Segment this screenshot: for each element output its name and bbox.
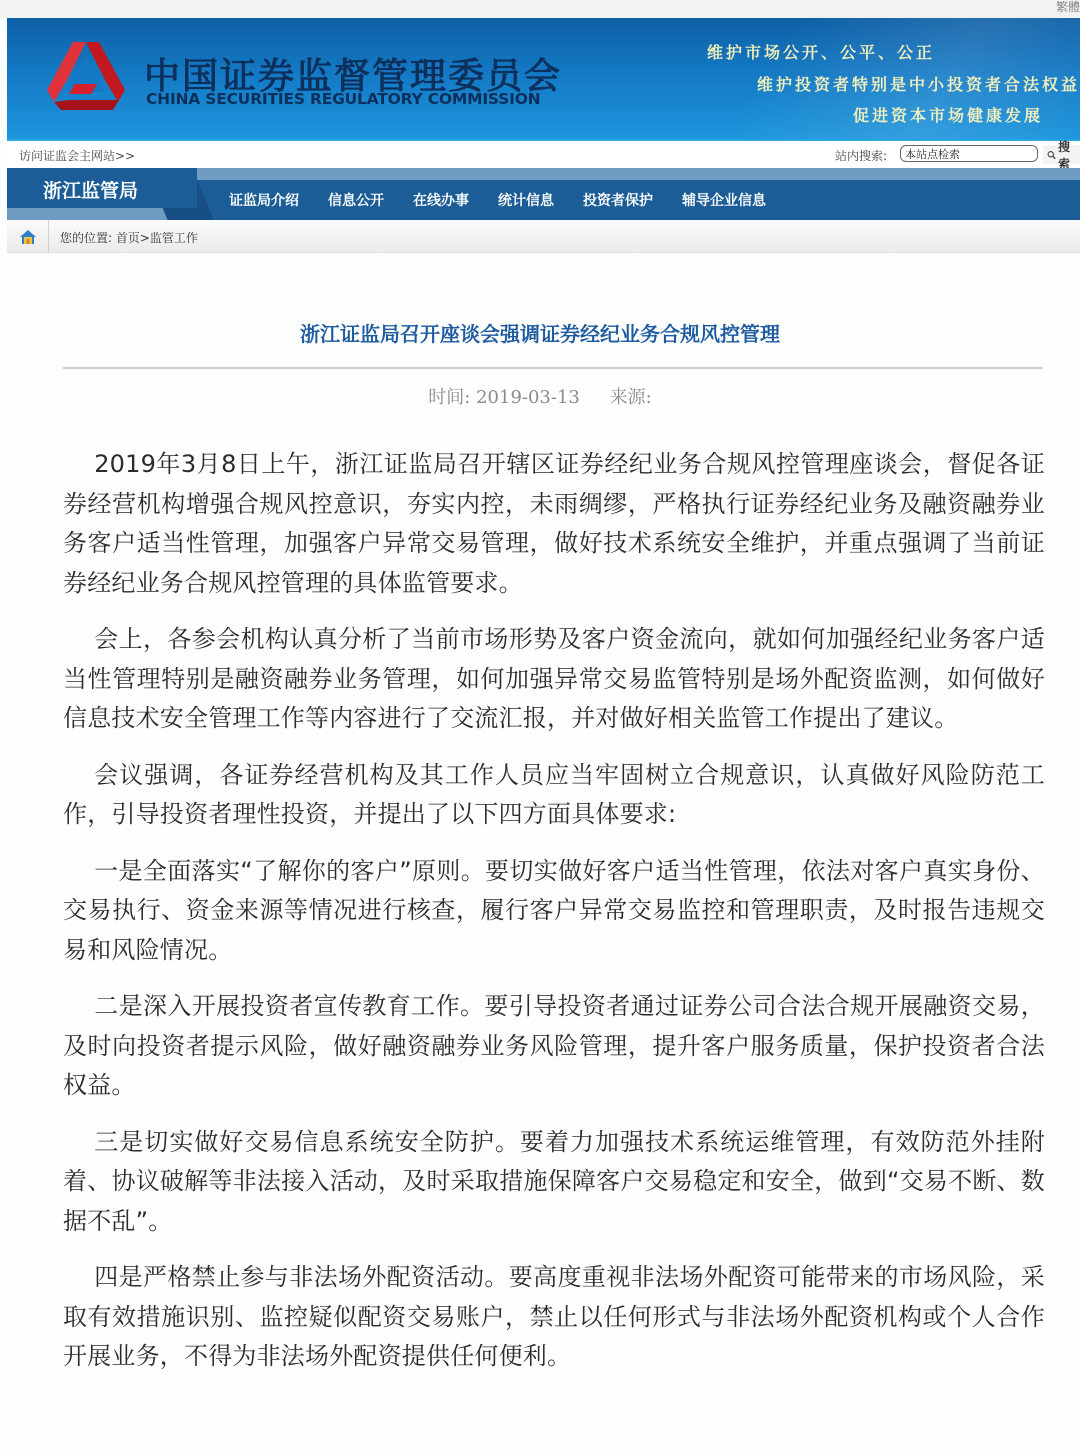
slogan-line-1: 维护市场公开、公平、公正 — [707, 40, 935, 63]
slogan-line-3: 促进资本市场健康发展 — [853, 103, 1043, 126]
search-button-label: 搜索 — [1058, 138, 1076, 172]
paragraph-discussion: 会上，各参会机构认真分析了当前市场形势及客户资金流向，就如何加强经纪业务客户适当… — [63, 620, 1045, 739]
top-strip: 繁體 — [0, 0, 1080, 18]
search-button[interactable]: 搜索 — [1043, 145, 1080, 164]
nav-brand-foot — [7, 208, 187, 220]
nav-item-info-disclosure[interactable]: 信息公开 — [328, 190, 384, 210]
site-banner: 中国证券监督管理委员会 CHINA SECURITIES REGULATORY … — [7, 18, 1080, 139]
paragraph-requirement-2: 二是深入开展投资者宣传教育工作。要引导投资者通过证券公司合法合规开展融资交易，及… — [63, 987, 1045, 1106]
utility-bar: 访问证监会主网站>> 站内搜索: 搜索 — [7, 139, 1080, 168]
nav-item-statistics[interactable]: 统计信息 — [498, 190, 554, 210]
paragraph-emphasis: 会议强调，各证券经营机构及其工作人员应当牢固树立合规意识，认真做好风险防范工作，… — [63, 756, 1045, 835]
article-source: 来源: — [610, 387, 652, 408]
traditional-chinese-link[interactable]: 繁體 — [1056, 0, 1080, 14]
csrc-logo-icon — [45, 40, 127, 112]
article-body: 2019年3月8日上午，浙江证监局召开辖区证券经纪业务合规风控管理座谈会，督促各… — [63, 445, 1045, 1394]
bureau-name[interactable]: 浙江监管局 — [43, 176, 138, 203]
paragraph-requirement-1: 一是全面落实“了解你的客户”原则。要切实做好客户适当性管理，依法对客户真实身份、… — [63, 852, 1045, 971]
nav-item-about[interactable]: 证监局介绍 — [229, 190, 299, 210]
nav-item-tutoring-companies[interactable]: 辅导企业信息 — [682, 190, 766, 210]
slogan-line-2: 维护投资者特别是中小投资者合法权益 — [757, 72, 1080, 95]
title-divider — [63, 367, 1043, 369]
home-button[interactable] — [7, 220, 49, 253]
nav-item-investor-protection[interactable]: 投资者保护 — [583, 190, 653, 210]
paragraph-intro: 2019年3月8日上午，浙江证监局召开辖区证券经纪业务合规风控管理座谈会，督促各… — [63, 445, 1045, 603]
site-search-input[interactable] — [900, 145, 1038, 162]
paragraph-requirement-4: 四是严格禁止参与非法场外配资活动。要高度重视非法场外配资可能带来的市场风险，采取… — [63, 1258, 1045, 1377]
main-nav: 浙江监管局 证监局介绍 信息公开 在线办事 统计信息 投资者保护 辅导企业信息 — [7, 168, 1080, 220]
search-label: 站内搜索: — [835, 147, 887, 164]
article-title: 浙江证监局召开座谈会强调证券经纪业务合规风控管理 — [0, 318, 1080, 347]
publish-time: 时间: 2019-03-13 — [428, 387, 580, 408]
org-name-en: CHINA SECURITIES REGULATORY COMMISSION — [146, 90, 540, 108]
breadcrumb: 您的位置: 首页>监管工作 — [60, 229, 198, 246]
paragraph-requirement-3: 三是切实做好交易信息系统安全防护。要着力加强技术系统运维管理，有效防范外挂附着、… — [63, 1123, 1045, 1242]
nav-menu: 证监局介绍 信息公开 在线办事 统计信息 投资者保护 辅导企业信息 — [229, 190, 795, 210]
nav-item-online-services[interactable]: 在线办事 — [413, 190, 469, 210]
article-meta: 时间: 2019-03-13 来源: — [0, 383, 1080, 409]
magnifier-icon — [1047, 149, 1056, 161]
home-icon — [19, 229, 37, 245]
breadcrumb-bar: 您的位置: 首页>监管工作 — [7, 220, 1080, 253]
main-site-link[interactable]: 访问证监会主网站>> — [19, 147, 135, 164]
nav-brand-block: 浙江监管局 — [7, 168, 197, 208]
